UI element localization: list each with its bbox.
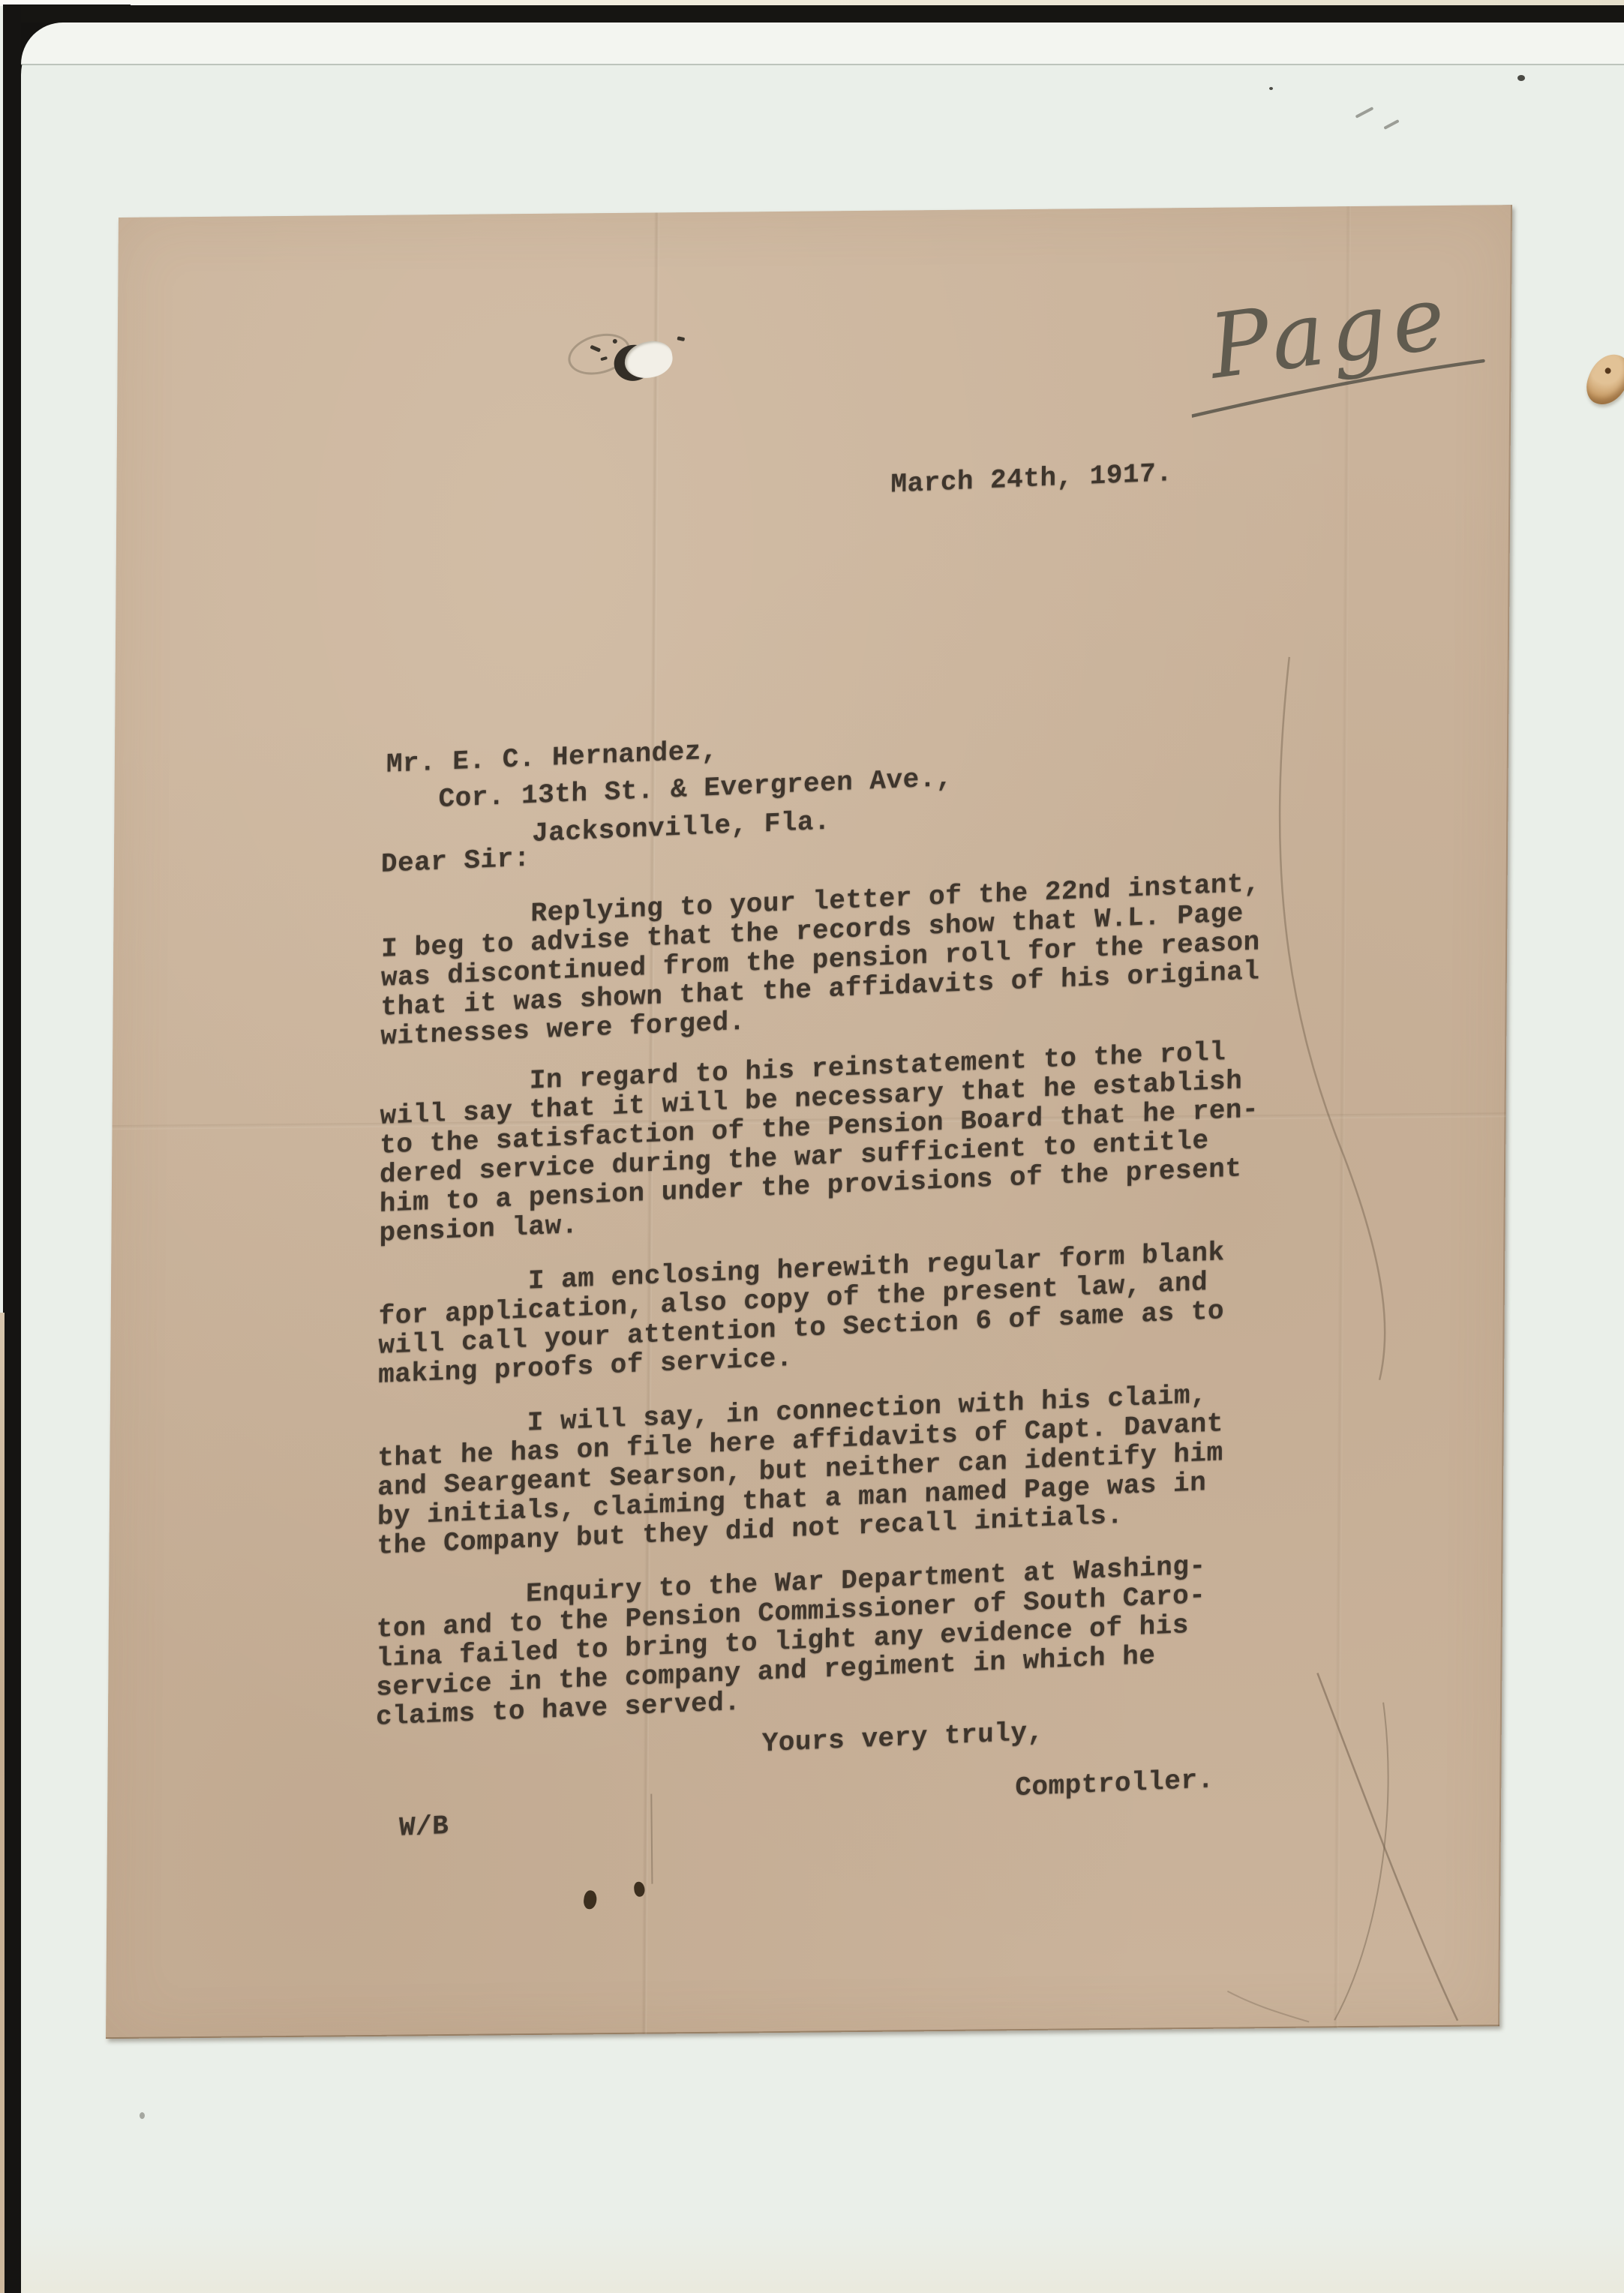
backing-bottom-tint [21, 2225, 1624, 2293]
letter-page: Page March 24th, 1917. Mr. E. C. Hernand… [106, 205, 1512, 2039]
tape-fragment-dot [1604, 367, 1612, 374]
typist-initials: W/B [399, 1811, 449, 1843]
scanned-letter-image: Page March 24th, 1917. Mr. E. C. Hernand… [0, 0, 1624, 2293]
ink-scribble [613, 339, 617, 344]
scuff-mark [1355, 107, 1374, 119]
backing-top-band [21, 23, 1624, 65]
paragraph-2: In regard to his reinstatement to the ro… [379, 1036, 1259, 1247]
scan-frame-top-edge [20, 5, 1624, 23]
dust-speck [1517, 75, 1525, 81]
tape-fragment [1581, 349, 1624, 411]
pencil-underline [1184, 266, 1515, 448]
scuff-mark [1383, 119, 1399, 130]
dust-speck [140, 2112, 145, 2119]
backing-seam-line [21, 64, 1624, 65]
scan-left-edge-texture [0, 1313, 5, 2293]
handwritten-page-annotation: Page [1184, 266, 1515, 448]
scan-frame-left-edge [3, 5, 21, 2293]
salutation: Dear Sir: [381, 844, 530, 879]
dust-speck [1269, 87, 1273, 90]
